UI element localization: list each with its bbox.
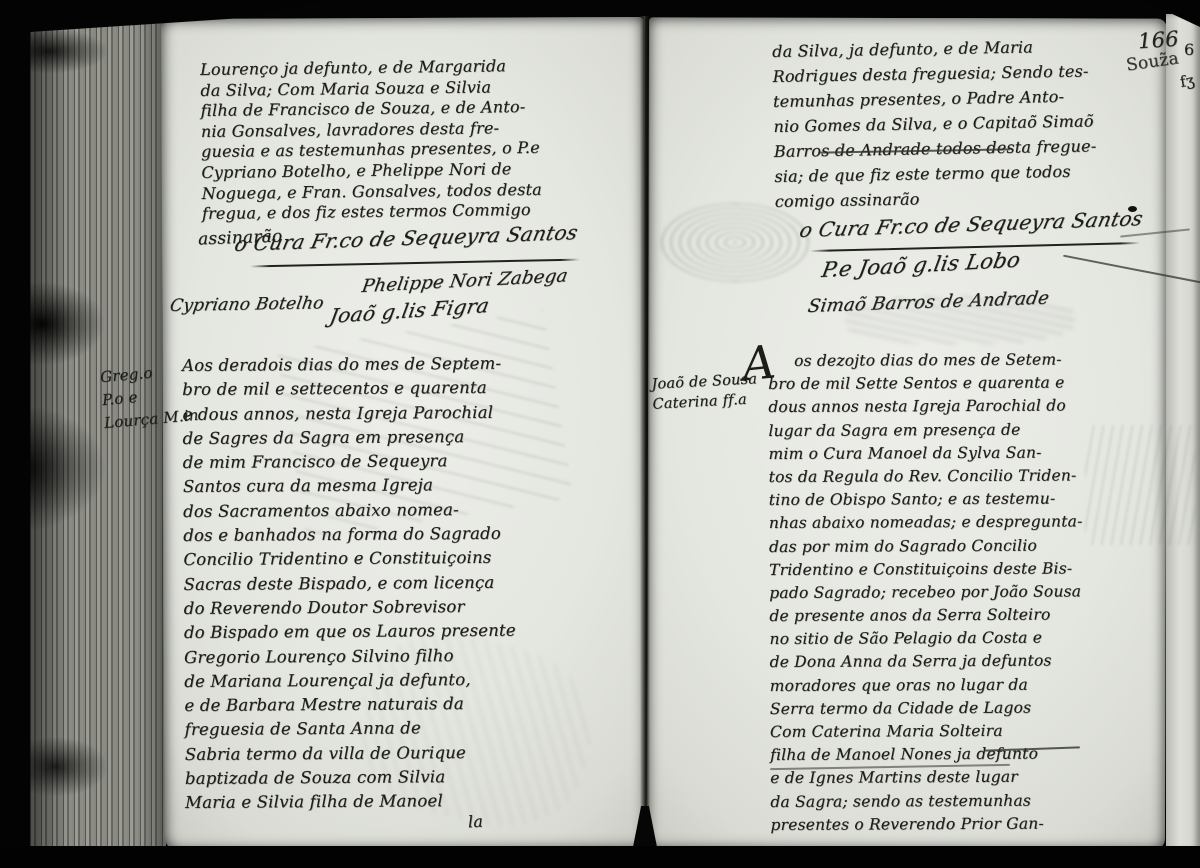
manuscript-line: de presente anos da Serra Solteiro [769,605,1083,630]
manuscript-line: Santos cura da mesma Igreja [183,475,515,502]
manuscript-line: e dous annos, nesta Igreja Parochial [182,402,514,429]
manuscript-line: de Mariana Lourençal ja defunto, [184,670,516,697]
manuscript-line: da Sagra; sendo as testemunhas [770,791,1084,816]
manuscript-line: Gregorio Lourenço Silvino filho [184,645,516,672]
edge-rubric: fʒ [1179,71,1196,91]
manuscript-line: de Dona Anna da Serra ja defuntos [770,652,1084,677]
manuscript-line: mim o Cura Manoel da Sylva San- [768,443,1082,468]
manuscript-line: do Reverendo Doutor Sobrevisor [184,597,516,624]
manuscript-line: dos e banhados na forma do Sagrado [183,524,515,551]
manuscript-line: dous annos nesta Igreja Parochial do [768,397,1082,422]
photo-black-border-bottom [0,846,1200,868]
manuscript-line: fregua, e dos fiz estes termos Commigo [202,200,543,225]
manuscript-line: Sacras deste Bispado, e com licença [184,572,516,599]
manuscript-line: e de Barbara Mestre naturais da [184,694,516,721]
photo-black-border-left [0,0,30,868]
manuscript-line: tos da Regula do Rev. Concilio Triden- [769,466,1083,491]
manuscript-line: Serra termo da Cidade de Lagos [770,698,1084,723]
edge-digit: 6 [1184,40,1194,59]
manuscript-line: Concilio Tridentino e Constituiçoins [183,548,515,575]
manuscript-line: Sabria termo da villa de Ourique [185,742,517,769]
manuscript-line: bro de mil e settecentos e quarenta [182,378,514,405]
manuscript-line: no sitio de São Pelagio da Costa e [769,629,1083,654]
manuscript-line: Aos deradois dias do mes de Septem- [182,354,514,381]
manuscript-line: lugar da Sagra em presença de [768,420,1082,445]
manuscript-line: de Sagres da Sagra em presença [183,427,515,454]
manuscript-line: do Bispado em que os Lauros presente [184,621,516,648]
catchword: la [468,812,484,832]
manuscript-line: baptizada de Souza com Silvia [185,767,517,794]
manuscript-line: tino de Obispo Santo; e as testemu- [769,489,1083,514]
next-page-edge-sliver [1166,14,1200,850]
manuscript-line: bro de mil Sette Sentos e quarenta e [768,374,1082,399]
manuscript-line: e de Ignes Martins deste lugar [770,768,1084,793]
signature-cypriano: Cypriano Botelho [168,293,325,316]
manuscript-line: freguesia de Santa Anna de [185,718,517,745]
right-record1-block: da Silva, ja defunto, e de MariaRodrigue… [772,36,1097,217]
left-record2-block: Aos deradois dias do mes de Septem-bro d… [182,354,517,818]
manuscript-line: Com Caterina Maria Solteira [770,721,1084,746]
binding-gutter [640,16,650,852]
manuscript-line: das por mim do Sagrado Concilio [769,536,1083,561]
manuscript-line: moradores que oras no lugar da [770,675,1084,700]
manuscript-line: nhas abaixo nomeadas; e despregunta- [769,513,1083,538]
manuscript-line: os dezojto dias do mes de Setem- [768,350,1082,375]
manuscript-line: Tridentino e Constituiçoins deste Bis- [769,559,1083,584]
manuscript-line: presentes o Reverendo Prior Gan- [770,814,1084,839]
manuscript-photo: 166 Souz̃a 6 fʒ Lourenço ja defunto, e d… [0,0,1200,868]
ink-blot [1128,206,1137,212]
manuscript-line: dos Sacramentos abaixo nomea- [183,499,515,526]
left-record1-block: Lourenço ja defunto, e de Margaridada Si… [200,56,542,225]
manuscript-line: pado Sagrado; recebeo por João Sousa [769,582,1083,607]
manuscript-line: de mim Francisco de Sequeyra [183,451,515,478]
